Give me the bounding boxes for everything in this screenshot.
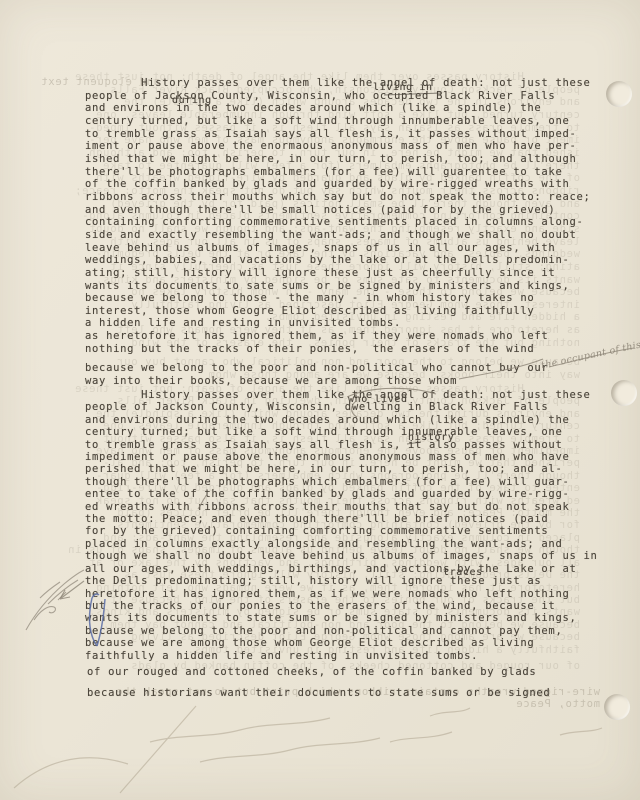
typed-paragraph-2: History passes over them like the angel … xyxy=(85,389,598,662)
typed-insertion-living-in: living in xyxy=(373,82,433,93)
typed-fragment-rouged-cheeks: of our rouged and cottoned cheeks, of th… xyxy=(87,666,536,679)
typed-insertion-during: during xyxy=(172,95,212,106)
margin-note-right: the occupant of this book xyxy=(540,334,640,372)
typed-insertion-who-lived: who lived xyxy=(348,394,408,405)
manuscript-page: History passes over them like the angel … xyxy=(0,0,640,800)
typed-fragment-poor-nonpolitical: because we belong to the poor and non-po… xyxy=(85,362,548,387)
typed-fragment-historians: because historians want their documents … xyxy=(87,687,550,700)
typed-insertion-history: history xyxy=(408,432,454,443)
punch-hole-top xyxy=(606,81,632,107)
punch-hole-middle xyxy=(611,380,637,406)
typed-paragraph-1: History passes over them like the angel … xyxy=(85,77,591,330)
typed-fragment-ignored-them: as heretofore it has ignored them, as if… xyxy=(85,330,548,355)
bleedthrough-handwriting xyxy=(14,706,602,793)
pencil-note-left xyxy=(26,570,84,630)
pencil-arrow xyxy=(60,581,84,599)
typed-insertion-traces: traces xyxy=(443,567,483,578)
punch-hole-bottom xyxy=(604,694,630,720)
